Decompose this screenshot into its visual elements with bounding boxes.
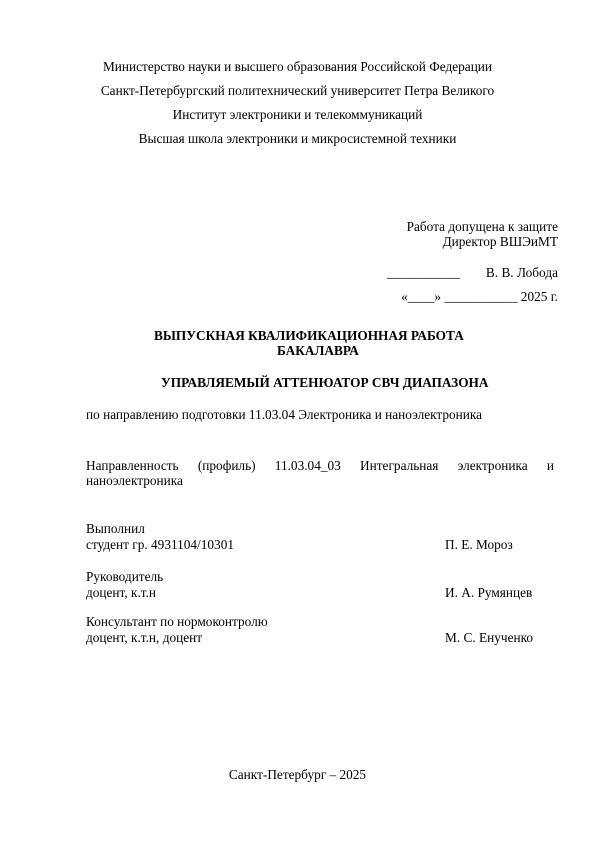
supervisor-name: И. А. Румянцев xyxy=(445,586,532,599)
city-year: Санкт-Петербург – 2025 xyxy=(0,768,595,781)
profile-word: 11.03.04_03 xyxy=(275,459,341,472)
normcontrol-position: доцент, к.т.н, доцент xyxy=(86,631,202,644)
institute-line: Институт электроники и телекоммуникаций xyxy=(0,108,595,121)
thesis-topic: УПРАВЛЯЕМЫЙ АТТЕНЮАТОР СВЧ ДИАПАЗОНА xyxy=(161,376,488,389)
school-line: Высшая школа электроники и микросистемно… xyxy=(0,132,595,145)
university-line: Санкт-Петербургский политехнический унив… xyxy=(0,84,595,97)
study-direction: по направлению подготовки 11.03.04 Элект… xyxy=(86,408,482,421)
normcontrol-role: Консультант по нормоконтролю xyxy=(86,615,268,628)
supervisor-role: Руководитель xyxy=(86,570,163,583)
student-role: Выполнил xyxy=(86,522,145,535)
student-name: П. Е. Мороз xyxy=(445,538,513,551)
ministry-line: Министерство науки и высшего образования… xyxy=(0,60,595,73)
profile-word: Направленность xyxy=(86,459,179,472)
profile-line: Направленность (профиль) 11.03.04_03 Инт… xyxy=(86,459,554,472)
profile-word: электроника xyxy=(458,459,528,472)
profile-continuation: наноэлектроника xyxy=(86,474,183,487)
profile-word: (профиль) xyxy=(198,459,256,472)
director-title: Директор ВШЭиМТ xyxy=(443,235,558,248)
normcontrol-name: М. С. Енученко xyxy=(445,631,533,644)
signature-blank: ___________ xyxy=(387,266,460,279)
student-position: студент гр. 4931104/10301 xyxy=(86,538,234,551)
profile-word: и xyxy=(547,459,554,472)
supervisor-position: доцент, к.т.н xyxy=(86,586,156,599)
work-type-title: ВЫПУСКНАЯ КВАЛИФИКАЦИОННАЯ РАБОТА xyxy=(154,329,464,342)
profile-word: Интегральная xyxy=(360,459,438,472)
degree-title: БАКАЛАВРА xyxy=(277,344,359,357)
approval-label: Работа допущена к защите xyxy=(407,220,558,233)
director-name: В. В. Лобода xyxy=(486,266,558,279)
approval-date: «____» ___________ 2025 г. xyxy=(401,290,558,303)
